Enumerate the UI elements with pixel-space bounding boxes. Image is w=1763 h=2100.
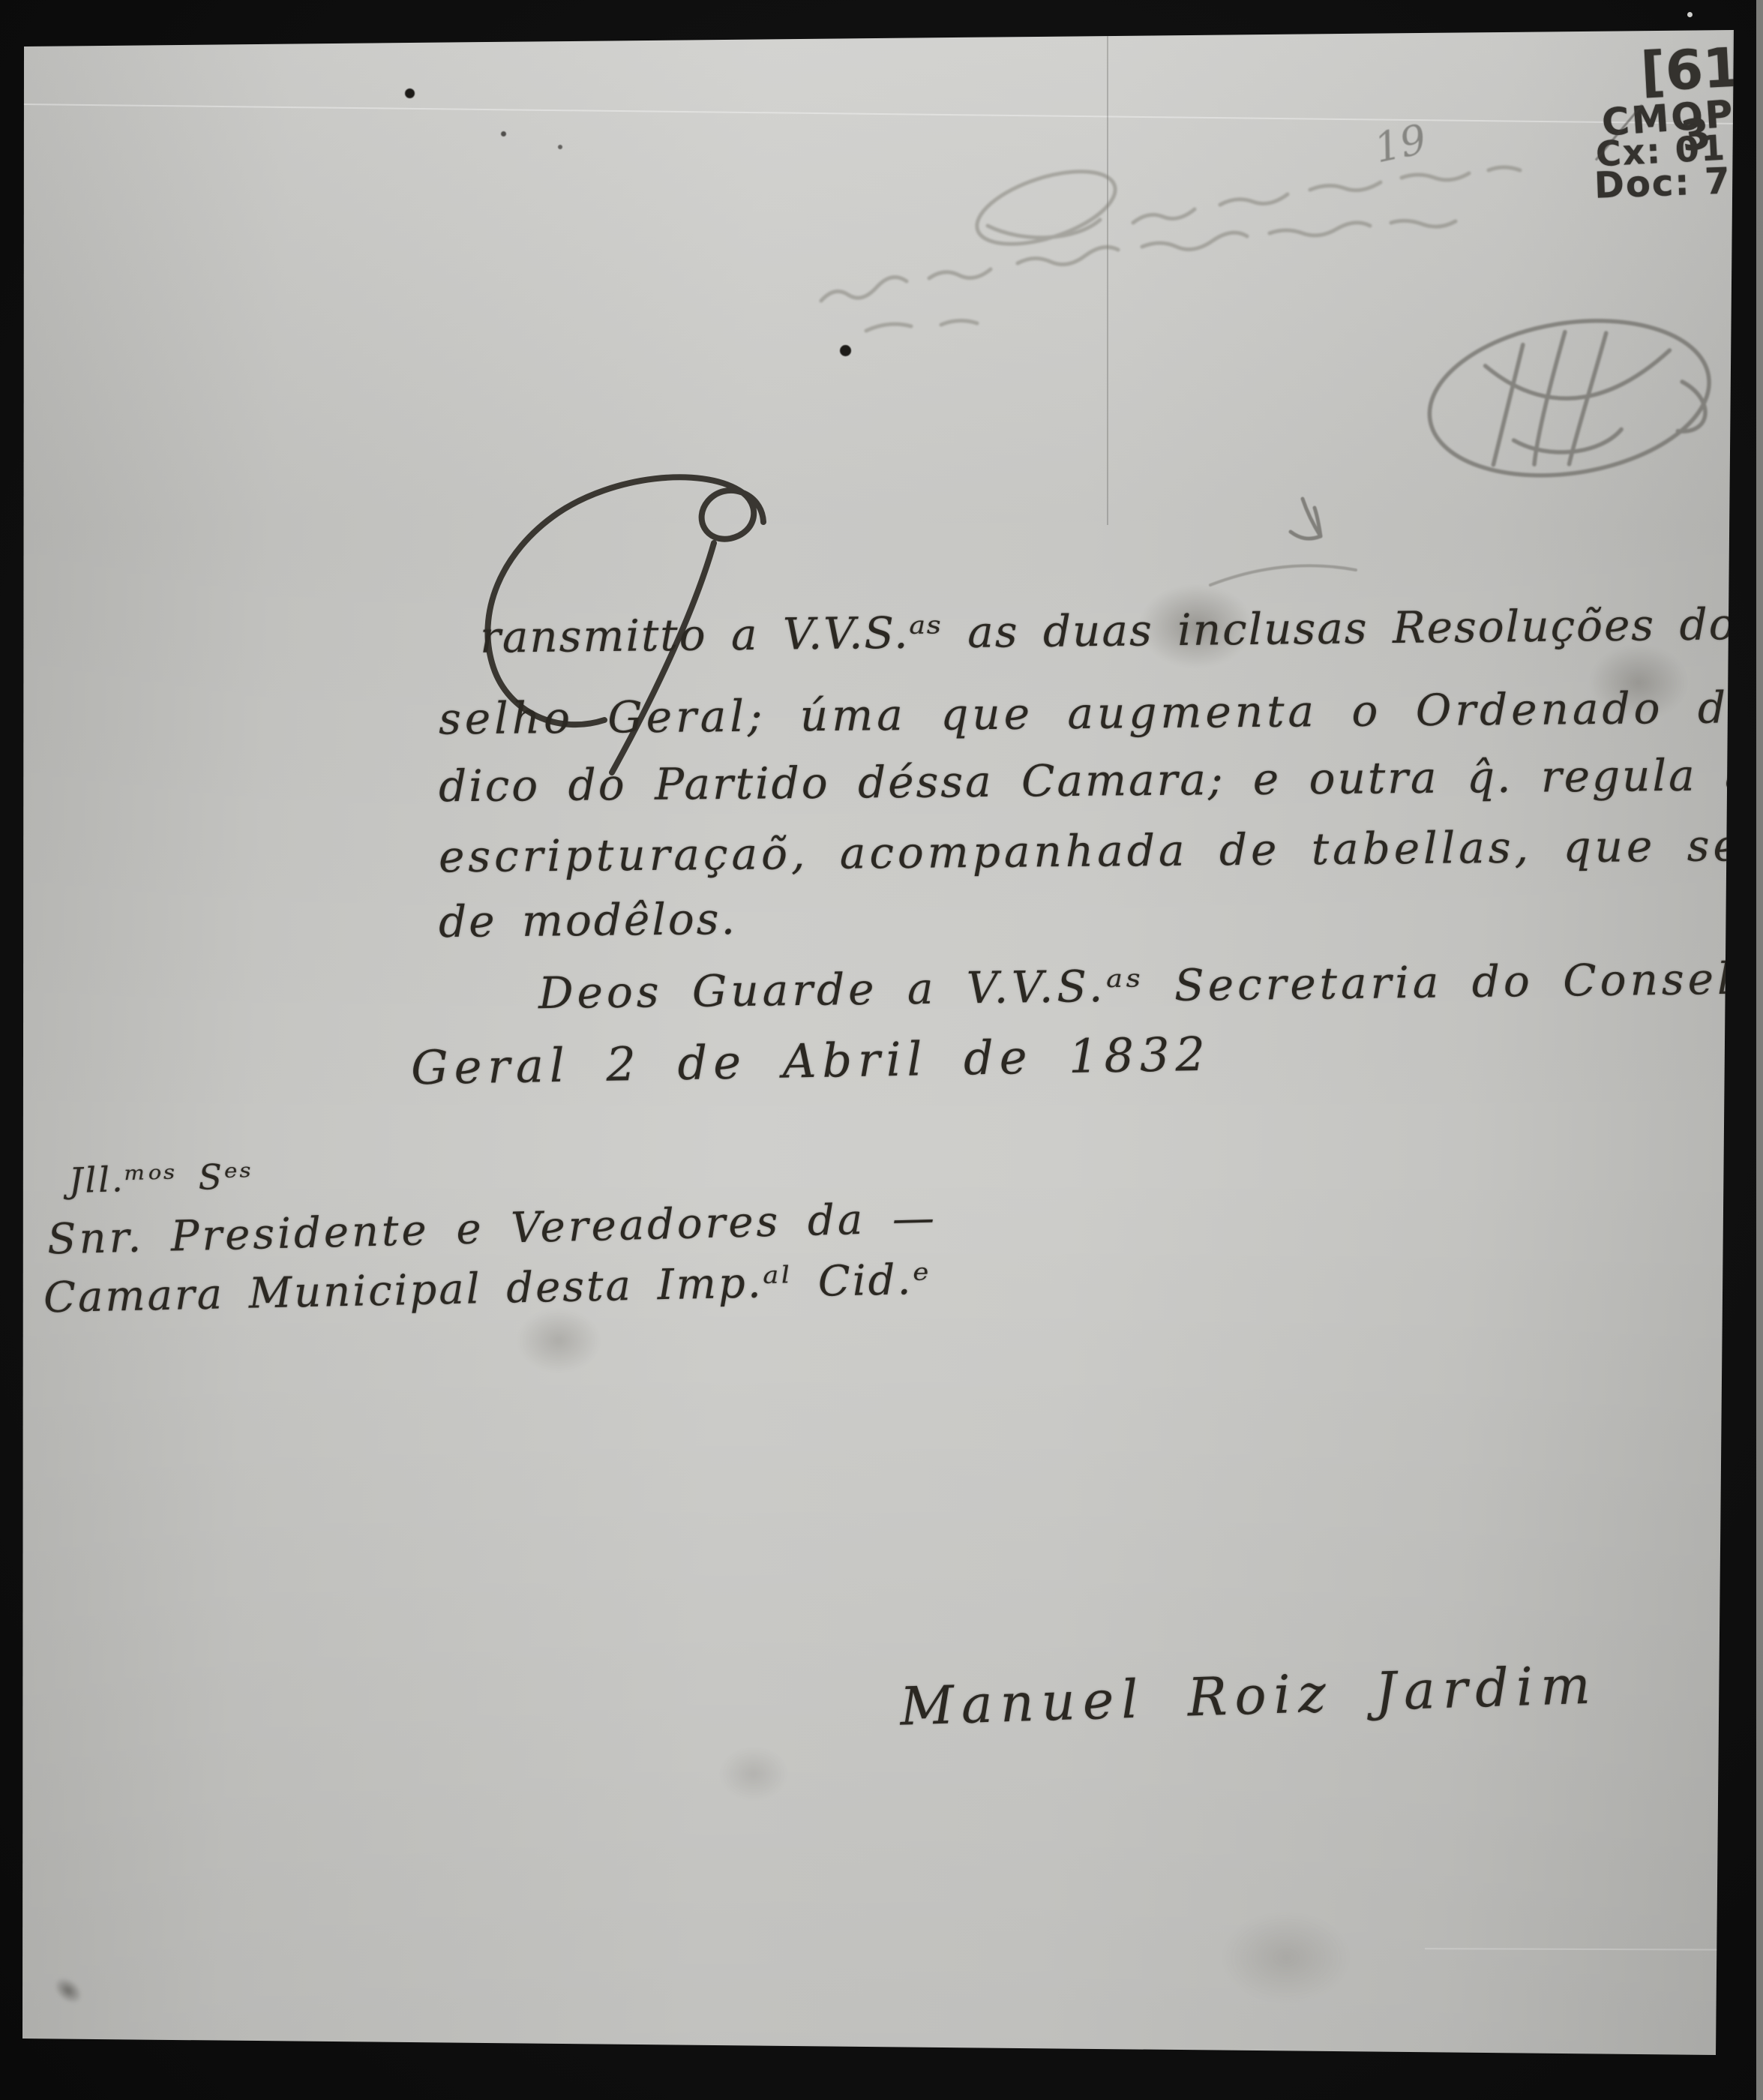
signature: Manuel Roiz Jardim [899,1654,1599,1737]
letter-closing-line: Deos Guarde a V.V.S.ᵃˢ Secretaria do Con… [538,952,1763,1018]
scan-canvas: [61] CMOP' 3 Cx: 01 Doc: 72 19 [0,0,1763,2100]
ink-speck [501,131,506,136]
paper-edge-crease [1733,30,1735,2055]
address-line: Camara Municipal desta Imp.ᵃˡ Cid.ᵉ [43,1255,931,1323]
paper-stain [1222,1912,1350,2002]
scratch-line [22,103,1734,124]
ink-speck [405,88,415,98]
letter-date-line: Geral 2 de Abril de 1832 [410,1027,1211,1096]
scratch-line [1425,1948,1762,1951]
ink-speck [558,145,562,149]
address-line: Snr. Presidente e Vereadores da — [46,1194,937,1264]
scan-edge-stripe [1756,0,1763,2100]
pencil-arc-mark-icon [1206,553,1363,591]
address-honorific: Jll.ᵐᵒˢ Sᵉˢ [68,1156,254,1201]
dropcap-letter: T [420,480,421,481]
archival-corner-number: [61] [1639,34,1763,104]
paper-stain [517,1309,600,1372]
paper-stain [720,1747,787,1800]
paper-stain [49,1972,87,2008]
document-paper: [61] CMOP' 3 Cx: 01 Doc: 72 19 [0,0,1763,2100]
letter-body-line: de modêlos. [439,893,738,947]
letter-body-line: escripturaçaõ, acompanhada de tabellas, … [439,819,1763,883]
scan-dust-speck [1687,12,1693,17]
